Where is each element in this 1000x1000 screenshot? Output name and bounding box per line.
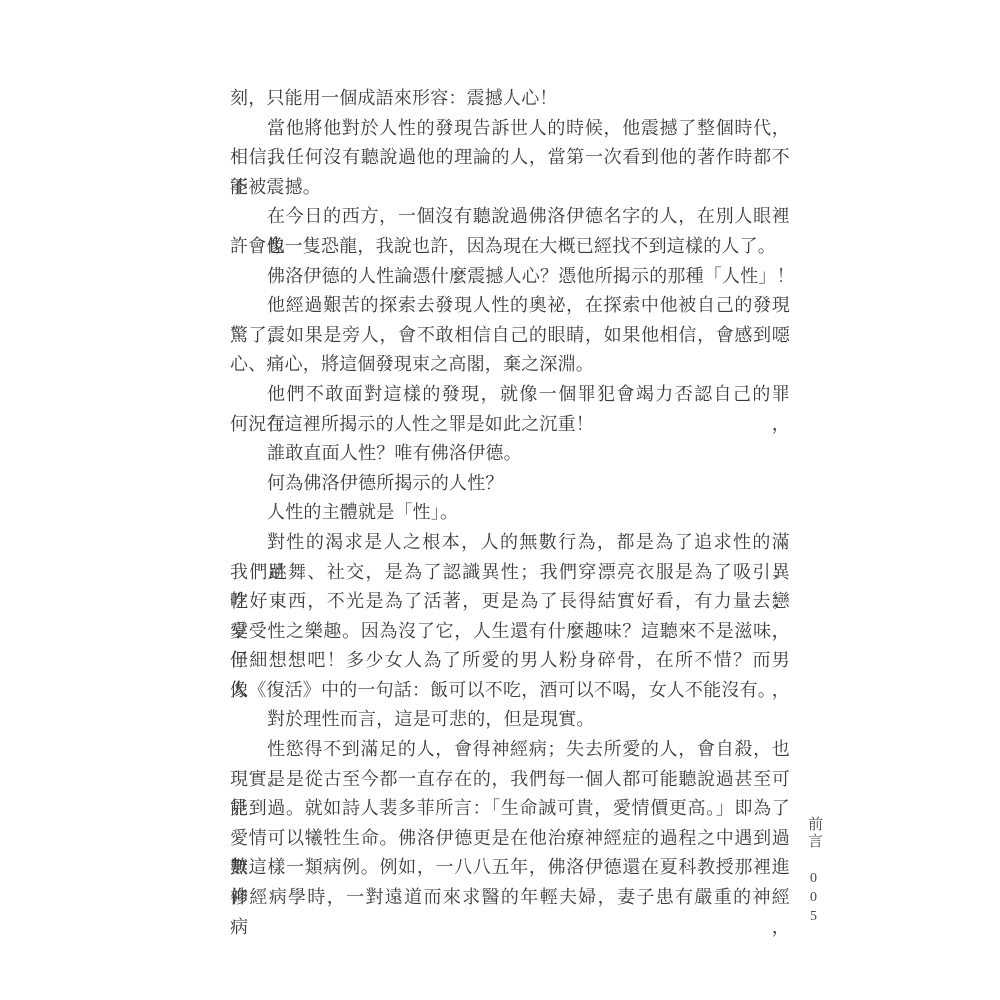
body-line: 當他將他對於人性的發現告訴世人的時候，他震撼了整個時代，我 bbox=[230, 114, 790, 144]
body-text-block: 刻，只能用一個成語來形容：震撼人心！當他將他對於人性的發現告訴世人的時候，他震撼… bbox=[230, 84, 790, 913]
body-line: 性慾得不到滿足的人，會得神經病；失去所愛的人，會自殺，也是 bbox=[230, 735, 790, 765]
body-line: 神經病學時，一對遠道而來求醫的年輕夫婦，妻子患有嚴重的神經病， bbox=[230, 883, 790, 913]
body-line: 像《復活》中的一句話：飯可以不吃，酒可以不喝，女人不能沒有。 bbox=[230, 676, 790, 706]
body-line: 數這樣一類病例。例如，一八八五年，佛洛伊德還在夏科教授那裡進修 bbox=[230, 853, 790, 883]
body-line: 仔細想想吧！多少女人為了所愛的男人粉身碎骨，在所不惜？而男人， bbox=[230, 646, 790, 676]
body-line: 愛情可以犧牲生命。佛洛伊德更是在他治療神經症的過程之中遇到過無 bbox=[230, 824, 790, 854]
body-line: 刻，只能用一個成語來形容：震撼人心！ bbox=[230, 84, 790, 114]
body-line: 相信，任何沒有聽說過他的理論的人，當第一次看到他的著作時都不能 bbox=[230, 143, 790, 173]
body-line: 佛洛伊德的人性論憑什麼震撼人心？憑他所揭示的那種「人性」！ bbox=[230, 262, 790, 292]
body-line: 心、痛心，將這個發現束之高閣，棄之深淵。 bbox=[230, 350, 790, 380]
body-line: 許會像一隻恐龍，我說也許，因為現在大概已經找不到這樣的人了。 bbox=[230, 232, 790, 262]
body-line: 何為佛洛伊德所揭示的人性？ bbox=[230, 469, 790, 499]
body-line: 人性的主體就是「性」。 bbox=[230, 498, 790, 528]
body-line: 見到過。就如詩人裴多菲所言：「生命誠可貴，愛情價更高。」即為了 bbox=[230, 794, 790, 824]
book-page: 刻，只能用一個成語來形容：震撼人心！當他將他對於人性的發現告訴世人的時候，他震撼… bbox=[0, 0, 1000, 1000]
body-line: 對性的渴求是人之根本，人的無數行為，都是為了追求性的滿足： bbox=[230, 528, 790, 558]
margin-section-label: 前言 bbox=[804, 816, 825, 850]
margin-page-number: 005 bbox=[805, 871, 821, 928]
body-line: 享受性之樂趣。因為沒了它，人生還有什麼趣味？這聽來不是滋味，但 bbox=[230, 617, 790, 647]
body-line: 他經過艱苦的探索去發現人性的奧祕，在探索中他被自己的發現震 bbox=[230, 291, 790, 321]
body-line: 吃好東西，不光是為了活著，更是為了長得結實好看，有力量去戀愛， bbox=[230, 587, 790, 617]
body-line: 現實。是從古至今都一直存在的，我們每一個人都可能聽說過甚至可能 bbox=[230, 765, 790, 795]
body-line: 對於理性而言，這是可悲的，但是現實。 bbox=[230, 705, 790, 735]
body-line: 驚了，如果是旁人，會不敢相信自己的眼睛，如果他相信，會感到噁 bbox=[230, 321, 790, 351]
body-line: 在今日的西方，一個沒有聽說過佛洛伊德名字的人，在別人眼裡也 bbox=[230, 202, 790, 232]
body-line: 他們不敢面對這樣的發現，就像一個罪犯會竭力否認自己的罪行， bbox=[230, 380, 790, 410]
body-line: 我們跳舞、社交，是為了認識異性；我們穿漂亮衣服是為了吸引異性； bbox=[230, 558, 790, 588]
body-line: 不被震撼。 bbox=[230, 173, 790, 203]
body-line: 誰敢直面人性？唯有佛洛伊德。 bbox=[230, 439, 790, 469]
